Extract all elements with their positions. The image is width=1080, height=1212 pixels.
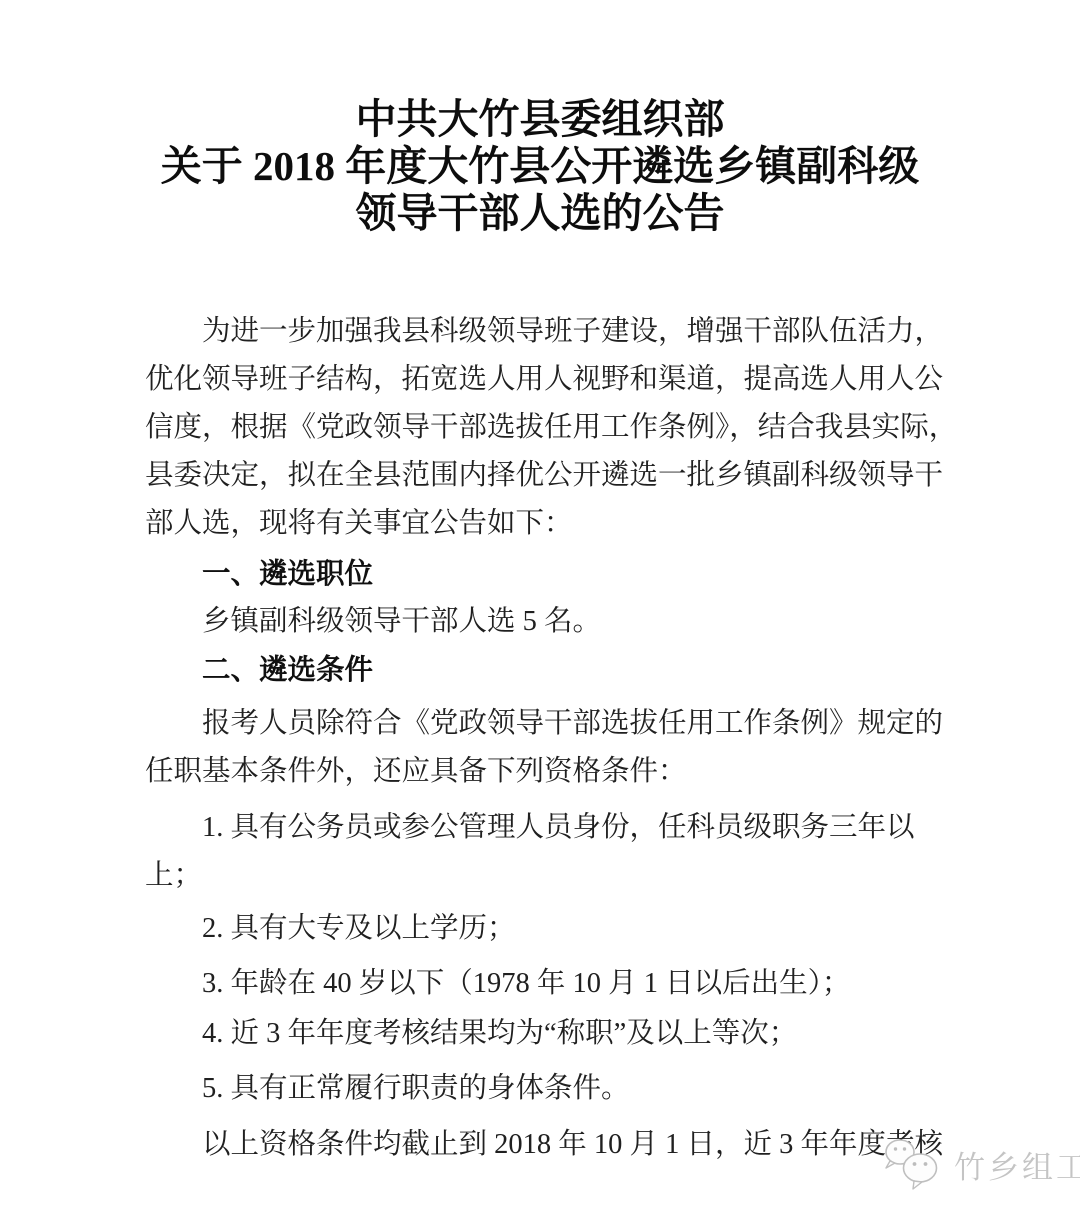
document-line: 以上资格条件均截止到 2018 年 10 月 1 日，近 3 年年度考核 [145, 1121, 942, 1169]
document-line: 信度，根据《党政领导干部选拔任用工作条例》，结合我县实际， [145, 404, 942, 452]
document-line: 1. 具有公务员或参公管理人员身份，任科员级职务三年以 [145, 804, 942, 852]
title-line-3: 领导干部人选的公告 [140, 190, 940, 237]
watermark-label: 竹乡组工 [954, 1142, 1080, 1187]
document-line: 报考人员除符合《党政领导干部选拔任用工作条例》规定的 [145, 700, 942, 748]
heading-line: 二、遴选条件 [145, 646, 942, 694]
document-line: 3. 年龄在 40 岁以下（1978 年 10 月 1 日以后出生）； [145, 960, 942, 1008]
document-line: 县委决定，拟在全县范围内择优公开遴选一批乡镇副科级领导干 [145, 452, 942, 500]
condition-item-1: 1. 具有公务员或参公管理人员身份，任科员级职务三年以 上； [145, 804, 942, 900]
positions-paragraph: 乡镇副科级领导干部人选 5 名。 [145, 598, 942, 646]
document-line: 2. 具有大专及以上学历； [145, 905, 942, 953]
document-line: 优化领导班子结构，拓宽选人用人视野和渠道，提高选人用人公 [145, 356, 942, 404]
document-line: 为进一步加强我县科级领导班子建设，增强干部队伍活力， [145, 308, 942, 356]
document-line: 4. 近 3 年年度考核结果均为“称职”及以上等次； [145, 1010, 942, 1058]
section-heading-1: 一、遴选职位 [145, 550, 942, 598]
condition-item-2: 2. 具有大专及以上学历； [145, 905, 942, 953]
section-heading-2: 二、遴选条件 [145, 646, 942, 694]
condition-item-3: 3. 年龄在 40 岁以下（1978 年 10 月 1 日以后出生）； [145, 960, 942, 1008]
title-line-1: 中共大竹县委组织部 [140, 96, 940, 143]
conditions-intro-paragraph: 报考人员除符合《党政领导干部选拔任用工作条例》规定的 任职基本条件外，还应具备下… [145, 700, 942, 796]
condition-item-4: 4. 近 3 年年度考核结果均为“称职”及以上等次； [145, 1010, 942, 1058]
title-line-2: 关于 2018 年度大竹县公开遴选乡镇副科级 [140, 143, 940, 190]
document-line: 部人选，现将有关事宜公告如下： [145, 500, 942, 548]
document-title: 中共大竹县委组织部 关于 2018 年度大竹县公开遴选乡镇副科级 领导干部人选的… [140, 96, 940, 237]
wechat-logo-icon [880, 1136, 950, 1192]
document-line: 上； [145, 852, 942, 900]
document-body: 为进一步加强我县科级领导班子建设，增强干部队伍活力， 优化领导班子结构，拓宽选人… [145, 308, 942, 1169]
condition-item-5: 5. 具有正常履行职责的身体条件。 [145, 1065, 942, 1113]
document-line: 5. 具有正常履行职责的身体条件。 [145, 1065, 942, 1113]
document-page: 中共大竹县委组织部 关于 2018 年度大竹县公开遴选乡镇副科级 领导干部人选的… [0, 0, 1080, 1212]
document-line: 任职基本条件外，还应具备下列资格条件： [145, 748, 942, 796]
watermark: 竹乡组工 [880, 1136, 1080, 1192]
heading-line: 一、遴选职位 [145, 550, 942, 598]
document-line: 乡镇副科级领导干部人选 5 名。 [145, 598, 942, 646]
deadline-paragraph: 以上资格条件均截止到 2018 年 10 月 1 日，近 3 年年度考核 [145, 1121, 942, 1169]
intro-paragraph: 为进一步加强我县科级领导班子建设，增强干部队伍活力， 优化领导班子结构，拓宽选人… [145, 308, 942, 548]
